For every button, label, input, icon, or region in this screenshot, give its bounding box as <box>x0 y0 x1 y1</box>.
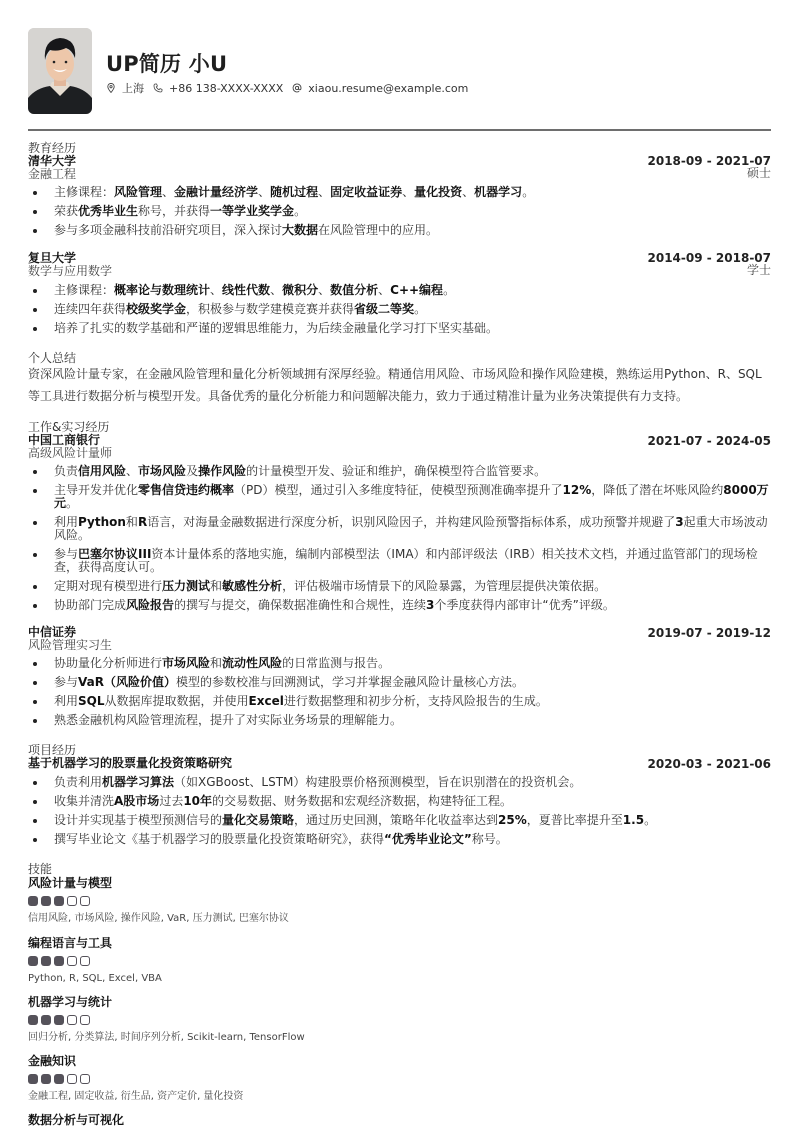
phone-icon <box>153 83 163 93</box>
skill-item: 数据分析与可视化 <box>28 1113 124 1127</box>
bullet-item: 参与巴塞尔协议III资本计量体系的落地实施，编制内部模型法（IMA）和内部评级法… <box>28 548 771 574</box>
avatar-photo <box>28 28 92 114</box>
empty-dot-icon <box>67 956 77 966</box>
major: 金融工程 <box>28 168 771 181</box>
contact-phone: +86 138-XXXX-XXXX <box>153 82 283 95</box>
date-range: 2020-03 - 2021-06 <box>648 758 772 771</box>
filled-dot-icon <box>54 1074 64 1084</box>
at-sign-icon <box>292 83 302 93</box>
empty-dot-icon <box>67 1074 77 1084</box>
education-entry-fudan: 复旦大学 数学与应用数学 2014-09 - 2018-07 学士 <box>28 252 771 278</box>
filled-dot-icon <box>41 1074 51 1084</box>
work-bullets-citic: 协助量化分析师进行市场风险和流动性风险的日常监测与报告。参与VaR（风险价值）模… <box>28 657 771 733</box>
skill-name: 金融知识 <box>28 1054 243 1068</box>
bullet-item: 利用SQL从数据库提取数据，并使用Excel进行数据整理和初步分析，支持风险报告… <box>28 695 771 708</box>
skill-name: 编程语言与工具 <box>28 936 162 950</box>
contact-email: xiaou.resume@example.com <box>292 82 468 95</box>
header-divider <box>28 129 771 131</box>
degree: 硕士 <box>747 167 771 180</box>
filled-dot-icon <box>41 956 51 966</box>
filled-dot-icon <box>41 896 51 906</box>
skill-item: 编程语言与工具Python, R, SQL, Excel, VBA <box>28 936 162 985</box>
bullet-item: 主修课程：风险管理、金融计量经济学、随机过程、固定收益证券、量化投资、机器学习。 <box>28 186 771 199</box>
bullet-item: 熟悉金融机构风险管理流程，提升了对实际业务场景的理解能力。 <box>28 714 771 727</box>
education-bullets-fudan: 主修课程：概率论与数理统计、线性代数、微积分、数值分析、C++编程。连续四年获得… <box>28 284 771 341</box>
filled-dot-icon <box>28 1015 38 1025</box>
filled-dot-icon <box>54 956 64 966</box>
date-range: 2019-07 - 2019-12 <box>648 627 772 640</box>
filled-dot-icon <box>28 896 38 906</box>
work-bullets-icbc: 负责信用风险、市场风险及操作风险的计量模型开发、验证和维护，确保模型符合监管要求… <box>28 465 771 618</box>
empty-dot-icon <box>67 1015 77 1025</box>
email-text[interactable]: xiaou.resume@example.com <box>308 82 468 95</box>
skill-level-rating <box>28 1015 305 1025</box>
empty-dot-icon <box>80 956 90 966</box>
skill-item: 风险计量与模型信用风险, 市场风险, 操作风险, VaR, 压力测试, 巴塞尔协… <box>28 876 289 925</box>
bullet-item: 利用Python和R语言，对海量金融数据进行深度分析，识别风险因子，并构建风险预… <box>28 516 771 542</box>
bullet-item: 负责信用风险、市场风险及操作风险的计量模型开发、验证和维护，确保模型符合监管要求… <box>28 465 771 478</box>
work-entry-icbc: 中国工商银行 高级风险计量师 2021-07 - 2024-05 <box>28 434 771 460</box>
bullet-item: 培养了扎实的数学基础和严谨的逻辑思维能力，为后续金融量化学习打下坚实基础。 <box>28 322 771 335</box>
bullet-item: 主导开发并优化零售信贷违约概率（PD）模型，通过引入多维度特征，使模型预测准确率… <box>28 484 771 510</box>
phone-text: +86 138-XXXX-XXXX <box>169 82 283 95</box>
job-role: 高级风险计量师 <box>28 447 771 460</box>
contact-location: 上海 <box>106 80 144 96</box>
skill-level-rating <box>28 1074 243 1084</box>
project-entry: 基于机器学习的股票量化投资策略研究 2020-03 - 2021-06 <box>28 757 771 770</box>
skill-item: 金融知识金融工程, 固定收益, 衍生品, 资产定价, 量化投资 <box>28 1054 243 1103</box>
education-entry-tsinghua: 清华大学 金融工程 2018-09 - 2021-07 硕士 <box>28 155 771 181</box>
resume-header: UP简历 小U 上海 +86 138-XXXX-XXXX <box>28 28 771 114</box>
degree: 学士 <box>747 264 771 277</box>
skill-name: 风险计量与模型 <box>28 876 289 890</box>
skill-item: 机器学习与统计回归分析, 分类算法, 时间序列分析, Scikit-learn,… <box>28 995 305 1044</box>
project-bullets: 负责利用机器学习算法（如XGBoost、LSTM）构建股票价格预测模型，旨在识别… <box>28 776 771 852</box>
summary-text: 资深风险计量专家，在金融风险管理和量化分析领域拥有深厚经验。精通信用风险、市场风… <box>28 363 771 407</box>
education-bullets-tsinghua: 主修课程：风险管理、金融计量经济学、随机过程、固定收益证券、量化投资、机器学习。… <box>28 186 771 243</box>
skill-tags: 信用风险, 市场风险, 操作风险, VaR, 压力测试, 巴塞尔协议 <box>28 913 289 925</box>
bullet-item: 收集并清洗A股市场过去10年的交易数据、财务数据和宏观经济数据，构建特征工程。 <box>28 795 771 808</box>
skill-tags: 金融工程, 固定收益, 衍生品, 资产定价, 量化投资 <box>28 1091 243 1103</box>
filled-dot-icon <box>28 1074 38 1084</box>
filled-dot-icon <box>28 956 38 966</box>
bullet-item: 主修课程：概率论与数理统计、线性代数、微积分、数值分析、C++编程。 <box>28 284 771 297</box>
section-title-skills: 技能 <box>28 863 52 876</box>
bullet-item: 协助量化分析师进行市场风险和流动性风险的日常监测与报告。 <box>28 657 771 670</box>
empty-dot-icon <box>80 1015 90 1025</box>
candidate-name: UP简历 小U <box>106 48 227 78</box>
bullet-item: 负责利用机器学习算法（如XGBoost、LSTM）构建股票价格预测模型，旨在识别… <box>28 776 771 789</box>
skill-level-rating <box>28 896 289 906</box>
bullet-item: 参与多项金融科技前沿研究项目，深入探讨大数据在风险管理中的应用。 <box>28 224 771 237</box>
skill-level-rating <box>28 956 162 966</box>
empty-dot-icon <box>80 896 90 906</box>
location-pin-icon <box>106 83 116 93</box>
filled-dot-icon <box>54 1015 64 1025</box>
major: 数学与应用数学 <box>28 265 771 278</box>
skill-name: 机器学习与统计 <box>28 995 305 1009</box>
date-range: 2021-07 - 2024-05 <box>648 435 772 448</box>
work-entry-citic: 中信证券 风险管理实习生 2019-07 - 2019-12 <box>28 626 771 652</box>
skill-tags: Python, R, SQL, Excel, VBA <box>28 973 162 985</box>
bullet-item: 设计并实现基于模型预测信号的量化交易策略，通过历史回测，策略年化收益率达到25%… <box>28 814 771 827</box>
bullet-item: 协助部门完成风险报告的撰写与提交，确保数据准确性和合规性，连续3个季度获得内部审… <box>28 599 771 612</box>
filled-dot-icon <box>54 896 64 906</box>
location-text: 上海 <box>122 80 144 96</box>
filled-dot-icon <box>41 1015 51 1025</box>
skill-tags: 回归分析, 分类算法, 时间序列分析, Scikit-learn, Tensor… <box>28 1032 305 1044</box>
empty-dot-icon <box>67 896 77 906</box>
contact-info: 上海 +86 138-XXXX-XXXX xiaou.resume@exampl… <box>106 80 477 96</box>
bullet-item: 荣获优秀毕业生称号，并获得一等学业奖学金。 <box>28 205 771 218</box>
skill-name: 数据分析与可视化 <box>28 1113 124 1127</box>
bullet-item: 连续四年获得校级奖学金，积极参与数学建模竞赛并获得省级二等奖。 <box>28 303 771 316</box>
empty-dot-icon <box>80 1074 90 1084</box>
bullet-item: 定期对现有模型进行压力测试和敏感性分析，评估极端市场情景下的风险暴露，为管理层提… <box>28 580 771 593</box>
bullet-item: 参与VaR（风险价值）模型的参数校准与回溯测试，学习并掌握金融风险计量核心方法。 <box>28 676 771 689</box>
job-role: 风险管理实习生 <box>28 639 771 652</box>
bullet-item: 撰写毕业论文《基于机器学习的股票量化投资策略研究》，获得“优秀毕业论文”称号。 <box>28 833 771 846</box>
